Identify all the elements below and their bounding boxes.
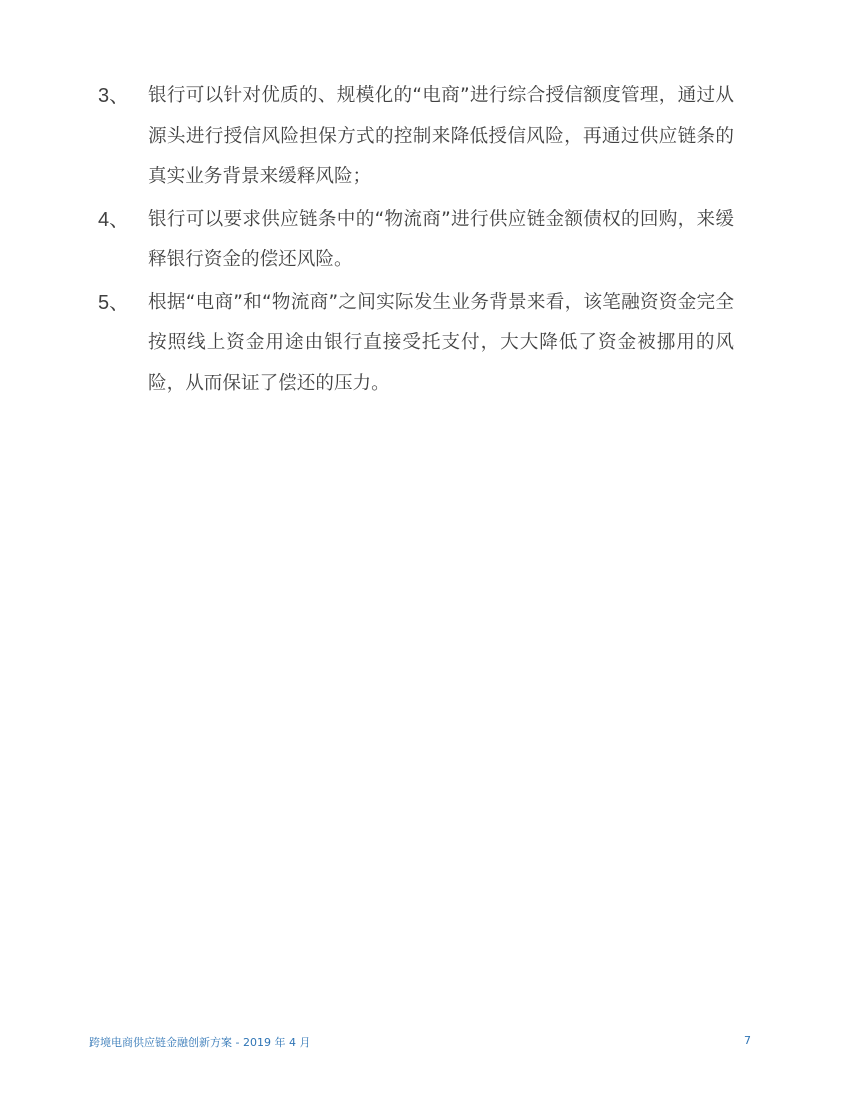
list-text: 银行可以针对优质的、规模化的“电商”进行综合授信额度管理，通过从源头进行授信风险…: [148, 76, 734, 198]
list-number: 4、: [98, 200, 148, 240]
list-text: 根据“电商”和“物流商”之间实际发生业务背景来看，该笔融资资金完全按照线上资金用…: [148, 283, 734, 405]
list-text: 银行可以要求供应链条中的“物流商”进行供应链金额债权的回购，来缓释银行资金的偿还…: [148, 200, 734, 281]
page-footer: 跨境电商供应链金融创新方案 - 2019 年 4 月 7: [89, 1034, 751, 1050]
list-item-5: 5、 根据“电商”和“物流商”之间实际发生业务背景来看，该笔融资资金完全按照线上…: [98, 283, 758, 405]
list-number: 5、: [98, 283, 148, 323]
list-item-3: 3、 银行可以针对优质的、规模化的“电商”进行综合授信额度管理，通过从源头进行授…: [98, 76, 758, 198]
footer-title: 跨境电商供应链金融创新方案 - 2019 年 4 月: [89, 1034, 310, 1050]
numbered-list: 3、 银行可以针对优质的、规模化的“电商”进行综合授信额度管理，通过从源头进行授…: [98, 76, 758, 406]
page-number: 7: [744, 1034, 751, 1050]
list-number: 3、: [98, 76, 148, 116]
list-item-4: 4、 银行可以要求供应链条中的“物流商”进行供应链金额债权的回购，来缓释银行资金…: [98, 200, 758, 281]
